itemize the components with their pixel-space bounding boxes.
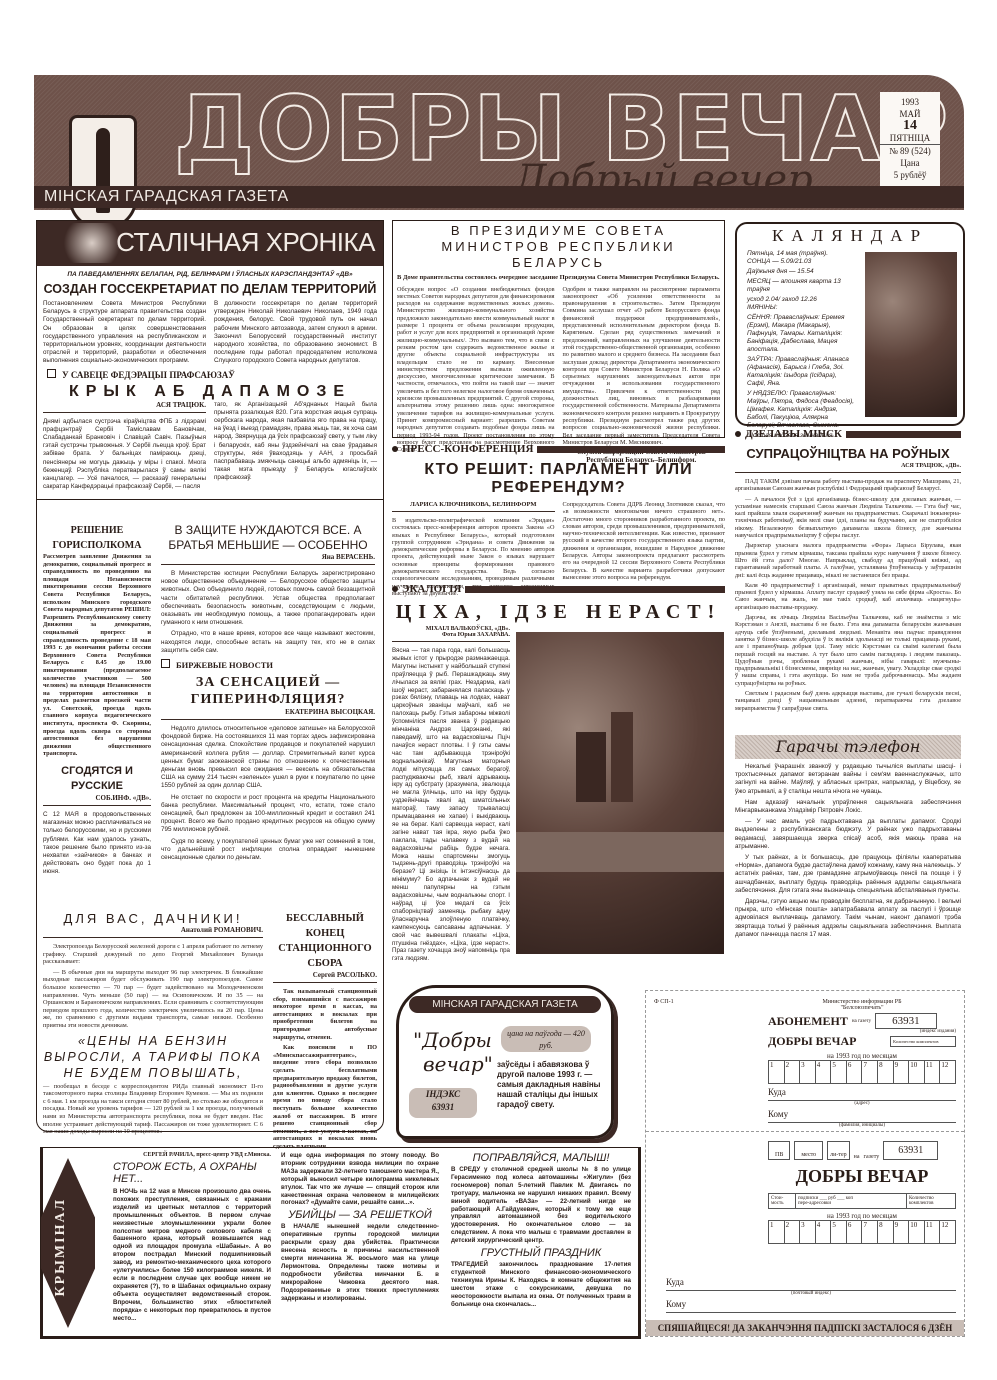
- article-title: ГРУСТНЫЙ ПРАЗДНИК: [451, 1247, 631, 1259]
- where-field[interactable]: Куда: [768, 1084, 956, 1101]
- article-title: В ПРЕЗИДИУМЕ СОВЕТА МИНИСТРОВ РЕСПУБЛИКИ…: [397, 223, 720, 271]
- article-title: ЦІХА, ІДЗЕ НЕРАСТ!: [392, 601, 725, 624]
- article-lead: В Доме правительства состоялось очередно…: [397, 274, 720, 283]
- article-body: В СРЕДУ у столичной средней школы № 8 по…: [451, 1166, 631, 1245]
- article-title: РЕШЕНИЕГОРИСПОЛКОМА: [43, 523, 151, 553]
- ad-logo: "Добрывечар": [413, 1028, 493, 1076]
- subscription-coupon: Министерство информации РБ "Белсоюзпечат…: [768, 999, 956, 1128]
- calendar-line: У НЯДЗЕЛЮ: Праваслаўныя: Маўры, Пятра, Ф…: [747, 390, 855, 430]
- article-body: Днямі адбылася сустрэча кіраўніцтва ФПБ …: [43, 418, 206, 492]
- subscription-deadline-banner: СПЯШАЙЦЕСЯ! ДА ЗАКАНЧЭННЯ ПАДПІСКІ ЗАСТА…: [646, 1320, 964, 1336]
- chronicle-sources: ПА ПАВЕДАМЛЕННЯХ БЕЛАПАН, РІД, БЕЛІНФАРМ…: [37, 271, 383, 278]
- article-body: Одобрен и также направлен на рассмотрени…: [563, 286, 721, 447]
- section-header: ДЗЕЛАВЫ МІНСК: [735, 428, 961, 440]
- article-paragraph: Каля 40 прадпрыемстваў і арганізацый, не…: [735, 582, 961, 611]
- calendar-line: усход 2.04/ заход 12.26: [747, 296, 855, 304]
- byline: СЕРГЕЙ РАЧИЛА, пресс-центр УВД г.Минска.: [113, 1152, 271, 1158]
- article-paragraph: Недолго длилось относительное «деловое з…: [161, 725, 375, 791]
- minsk-coat-of-arms-icon: [69, 115, 137, 229]
- section-header: ПРЕСС-КОНФЕРЕНЦИЯ: [392, 443, 725, 455]
- paper-name: ДОБРЫ ВЕЧАР: [768, 1034, 856, 1049]
- newspaper-subtitle: МІНСКАЯ ГАРАДСКАЯ ГАЗЕТА: [44, 188, 289, 206]
- article-paragraph: Так называемый станционный сбор, взимавш…: [273, 988, 377, 1041]
- ecology-article: ЭКАЛОГІЯ ЦІХА, ІДЗЕ НЕРАСТ! МІХАІЛ ВАЛЬК…: [392, 583, 725, 963]
- hotline-article: Гарачы тэлефон Некалькі ўчарашніх званко…: [735, 735, 961, 942]
- article-body: Постановлением Совета Министров Республи…: [43, 300, 206, 366]
- byline: ЛАРИСА КЛЮЧНИКОВА, БЕЛИНФОРМ: [392, 501, 555, 508]
- quantity-field[interactable]: Количество комплектов: [890, 1036, 956, 1047]
- issue-day: 14: [880, 120, 940, 132]
- calendar-details: Пятніца, 14 мая (траўня). СОНЦА — 5.09/2…: [747, 250, 855, 440]
- pull-quote: «ЦЕНЫ НА БЕНЗИН ВЫРОСЛИ, А ТАРИФЫ ПОКА Н…: [43, 1033, 263, 1081]
- subtitle-band: МІНСКАЯ ГАРАДСКАЯ ГАЗЕТА: [34, 186, 964, 208]
- animals-article: В ЗАЩИТЕ НУЖДАЮТСЯ ВСЕ. А БРАТЬЯ МЕНЬШИЕ…: [161, 523, 375, 865]
- article-body: В НОЧЬ на 12 мая в Минске произошло два …: [113, 1188, 271, 1322]
- chronicle-heading: СТАЛІЧНАЯ ХРОНІКА: [116, 227, 375, 258]
- crime-story-child: ПОПРАВЛЯЙСЯ, МАЛЫШ! В СРЕДУ у столичной …: [451, 1152, 631, 1309]
- article-title: ПОПРАВЛЯЙСЯ, МАЛЫШ!: [451, 1152, 631, 1164]
- subscription-form: Ф СП-1 Министерство информации РБ "Белсо…: [645, 990, 965, 1337]
- section-kicker: У САВЕЦЕ ФЕДЭРАЦЫІ ПРАФСАЮЗАЎ: [37, 366, 383, 383]
- article-body: таго, як Арганізацыяй Аб'яднаных Нацый б…: [214, 401, 377, 492]
- byline: ЕКАТЕРИНА ВЫСОЦКАЯ.: [161, 708, 375, 716]
- crime-section: КРЫМІНАЛ СЕРГЕЙ РАЧИЛА, пресс-центр УВД …: [40, 1147, 641, 1339]
- article-paragraph: Дарэчы, гэтую акцыю мы праводзім бясплат…: [735, 898, 961, 939]
- article-title: СТОРОЖ ЕСТЬ, А ОХРАНЫ НЕТ...: [113, 1161, 271, 1185]
- photo-credit: Фота Юрыя ЗАХАРАВА.: [392, 632, 510, 638]
- crime-heading: КРЫМІНАЛ: [53, 1198, 69, 1297]
- byline: СОБ.ИНФ. «ДВ».: [43, 794, 151, 802]
- bullet-icon: [392, 446, 398, 452]
- byline: Яна ВЕРАСЕНЬ.: [161, 553, 375, 561]
- article-title: СГОДЯТСЯ И РУССКИЕ: [43, 764, 151, 794]
- section-kicker: БИРЖЕВЫЕ НОВОСТИ: [161, 659, 375, 670]
- issue-weekday: ПЯТНІЦА: [880, 132, 940, 145]
- calendar-line: Пятніца, 14 мая (траўня).: [747, 250, 855, 258]
- section-header: ЭКАЛОГІЯ: [392, 583, 725, 595]
- price-value: 5 рублёў: [880, 169, 940, 181]
- issue-number: № 89 (524): [880, 145, 940, 157]
- price-label: Цана: [880, 157, 940, 169]
- checkbox-icon: [47, 369, 56, 378]
- article-title: СОЗДАН ГОССЕКРЕТАРИАТ ПО ДЕЛАМ ТЕРРИТОРИ…: [37, 282, 383, 296]
- article-paragraph: — В обычные дни на маршруты выходит 96 п…: [43, 969, 263, 1030]
- article-body: С 12 МАЯ в продовольственных магазинах м…: [43, 811, 151, 877]
- delivery-stub: ПВ место ли-тер на газету 63931 ДОБРЫ ВЕ…: [768, 1141, 956, 1244]
- article-title: ДЛЯ ВАС, ДАЧНИКИ!: [43, 911, 263, 926]
- article-title: ЗА СЕНСАЦИЕЙ — ГИПЕРИНФЛЯЦИЯ?: [161, 674, 375, 708]
- article-body: В НАЧАЛЕ нынешней недели следственно-опе…: [281, 1223, 439, 1302]
- river-photo: [516, 632, 724, 954]
- article-paragraph: Электропоезда Белорусской железной дорог…: [43, 943, 263, 966]
- index-field[interactable]: 63931: [875, 1013, 937, 1029]
- hotline-heading: Гарачы тэлефон: [776, 737, 920, 756]
- calendar-box: КАЛЯНДАР Пятніца, 14 мая (траўня). СОНЦА…: [735, 222, 965, 426]
- calendar-line: ІМЯНІНЫ:: [747, 304, 855, 312]
- calendar-line: МЕСЯЦ — апошняя кварта 13 траўня: [747, 278, 855, 294]
- article-paragraph: — А пачалося ўсё з ідэі арганізаваць біз…: [735, 496, 961, 540]
- article-title: УБИЙЦЫ — ЗА РЕШЕТКОЙ: [281, 1209, 439, 1221]
- byline: АСЯ ТРАЦЮК.: [43, 401, 206, 409]
- article-body: ТРАГЕДИЕЙ закончилось празднование 17-ле…: [451, 1261, 631, 1308]
- stub-paper-name: ДОБРЫ ВЕЧАР: [768, 1166, 956, 1187]
- ad-index-badge: ІНДЭКС63931: [409, 1088, 477, 1118]
- bullet-icon: [392, 586, 398, 592]
- article-body: Рассмотрев заявление Движения за демокра…: [43, 553, 151, 758]
- kicker-text: У САВЕЦЕ ФЕДЭРАЦЫІ ПРАФСАЮЗАЎ: [62, 370, 235, 380]
- ad-price-badge: цана на паўгода — 420 руб.: [501, 1026, 591, 1052]
- stub-index-field[interactable]: 63931: [883, 1141, 938, 1160]
- article-body: И еще одна информация по этому поводу. В…: [281, 1152, 439, 1207]
- crime-story-killers: И еще одна информация по этому поводу. В…: [281, 1152, 439, 1302]
- calendar-line: СОНЦА — 5.09/21.03: [747, 258, 855, 266]
- presidium-article: В ПРЕЗИДИУМЕ СОВЕТА МИНИСТРОВ РЕСПУБЛИКИ…: [392, 220, 725, 438]
- crocus-flowers-photo: [865, 252, 957, 417]
- stub-where-field[interactable]: Куда: [666, 1274, 956, 1291]
- article-paragraph: Светлым і радасным быў дзень адкрыцця вы…: [735, 690, 961, 712]
- article-title: В ЗАЩИТЕ НУЖДАЮТСЯ ВСЕ. А БРАТЬЯ МЕНЬШИЕ…: [161, 523, 375, 553]
- business-article: ДЗЕЛАВЫ МІНСК СУПРАЦОЎНІЦТВА НА РОЎНЫХ А…: [735, 428, 961, 715]
- byline: АСЯ ТРАЦЮК, «ДВ».: [735, 463, 961, 469]
- issue-year: 1993: [880, 96, 940, 108]
- stub-address: Куда (почтовый индекс) Кому: [666, 1274, 956, 1313]
- ad-banner: МІНСКАЯ ГАРАДСКАЯ ГАЗЕТА: [409, 996, 601, 1013]
- article-paragraph: — У нас амаль усё падрыхтавана да выплат…: [735, 818, 961, 851]
- article-paragraph: Не отстает по скорости и рост процента н…: [161, 794, 375, 835]
- article-paragraph: Отрадно, что в наше время, которое все ч…: [161, 630, 375, 655]
- abonement-title: АБОНЕМЕНТ: [768, 1014, 848, 1029]
- article-paragraph: ПАД ТАКІМ дэвізам пачала работу выстава-…: [735, 478, 961, 493]
- station-fee-article: БЕССЛАВНЫЙ КОНЕЦ СТАНЦИОННОГО СБОРА Серг…: [273, 911, 377, 1153]
- article-title: КТО РЕШИТ: ПАРЛАМЕНТ ИЛИ РЕФЕРЕНДУМ?: [392, 461, 725, 497]
- whom-field[interactable]: Кому: [768, 1106, 956, 1123]
- article-title: КРЫК АБ ДАПАМОЗЕ: [37, 383, 383, 401]
- subscription-ad: МІНСКАЯ ГАРАДСКАЯ ГАЗЕТА "Добрывечар" ІН…: [396, 985, 614, 1139]
- stub-whom-field[interactable]: Кому: [666, 1296, 956, 1313]
- bullet-icon: [735, 431, 741, 437]
- article-title: БЕССЛАВНЫЙ КОНЕЦ СТАНЦИОННОГО СБОРА: [273, 911, 377, 971]
- decision-article: РЕШЕНИЕГОРИСПОЛКОМА Рассмотрев заявление…: [43, 523, 151, 877]
- ad-slogan: заўсёды і абавязкова ў другой палове 199…: [497, 1060, 605, 1110]
- checkbox-icon: [161, 659, 170, 668]
- byline: Анатолий РОМАНОВИЧ.: [43, 926, 263, 934]
- article-paragraph: Некалькі ўчарашніх званкоў у рэдакцыю ты…: [735, 763, 961, 796]
- article-paragraph: Нам адказаў начальнік упраўлення сацыяль…: [735, 799, 961, 815]
- press-conference-article: ПРЕСС-КОНФЕРЕНЦИЯ КТО РЕШИТ: ПАРЛАМЕНТ И…: [392, 443, 725, 597]
- article-paragraph: Как пояснили в ПО «Минскпассажиравтотран…: [273, 1044, 377, 1150]
- months-grid[interactable]: 123456789101112: [768, 1060, 956, 1084]
- article-paragraph: Дарэчы, як лічыць Людміла Васільеўна Тал…: [735, 614, 961, 687]
- article-title: СУПРАЦОЎНІЦТВА НА РОЎНЫХ: [735, 446, 961, 461]
- hotline-banner: Гарачы тэлефон: [735, 735, 961, 759]
- byline: Сергей РАСОЛЬКО.: [273, 971, 377, 979]
- article-paragraph: Дырэктар уласнага малога прадпрыемства «…: [735, 542, 961, 578]
- dachniki-article: ДЛЯ ВАС, ДАЧНИКИ! Анатолий РОМАНОВИЧ. Эл…: [43, 911, 263, 1136]
- article-body: Обсужден вопрос «О создании внебюджетных…: [397, 286, 555, 465]
- article-body: — пообещал в беседе с корреспондентом РИ…: [43, 1083, 263, 1136]
- calendar-line: ЗАЎТРА: Праваслаўныя: Апанаса (Афанасія)…: [747, 356, 855, 388]
- article-paragraph: Судя по всему, у покупателей ценных бума…: [161, 838, 375, 863]
- crime-story-watchman: СЕРГЕЙ РАЧИЛА, пресс-центр УВД г.Минска.…: [113, 1152, 271, 1322]
- calendar-line: Даўжыня дня — 15.54: [747, 268, 855, 276]
- chronicle-header: СТАЛІЧНАЯ ХРОНІКА: [37, 221, 383, 266]
- calendar-line: СЁННЯ: Праваслаўныя: Еремея (Ерэмі), Мак…: [747, 314, 855, 354]
- calendar-title: КАЛЯНДАР: [737, 226, 963, 246]
- chronicle-section: СТАЛІЧНАЯ ХРОНІКА ПА ПАВЕДАМЛЕННЯХ БЕЛАП…: [36, 220, 384, 1132]
- article-paragraph: В Министерстве юстиции Республики Белару…: [161, 570, 375, 627]
- article-paragraph: У тых раёнах, а іх большасць, дзе працую…: [735, 854, 961, 895]
- form-code: Ф СП-1: [654, 999, 674, 1005]
- stub-months-grid[interactable]: 123456789101112: [768, 1220, 956, 1244]
- article-body: В должности госсекретаря по делам террит…: [214, 300, 377, 366]
- article-body: Вясна — тая пара года, калі большасць жы…: [392, 647, 510, 963]
- crime-diamond-badge: КРЫМІНАЛ: [41, 1158, 95, 1328]
